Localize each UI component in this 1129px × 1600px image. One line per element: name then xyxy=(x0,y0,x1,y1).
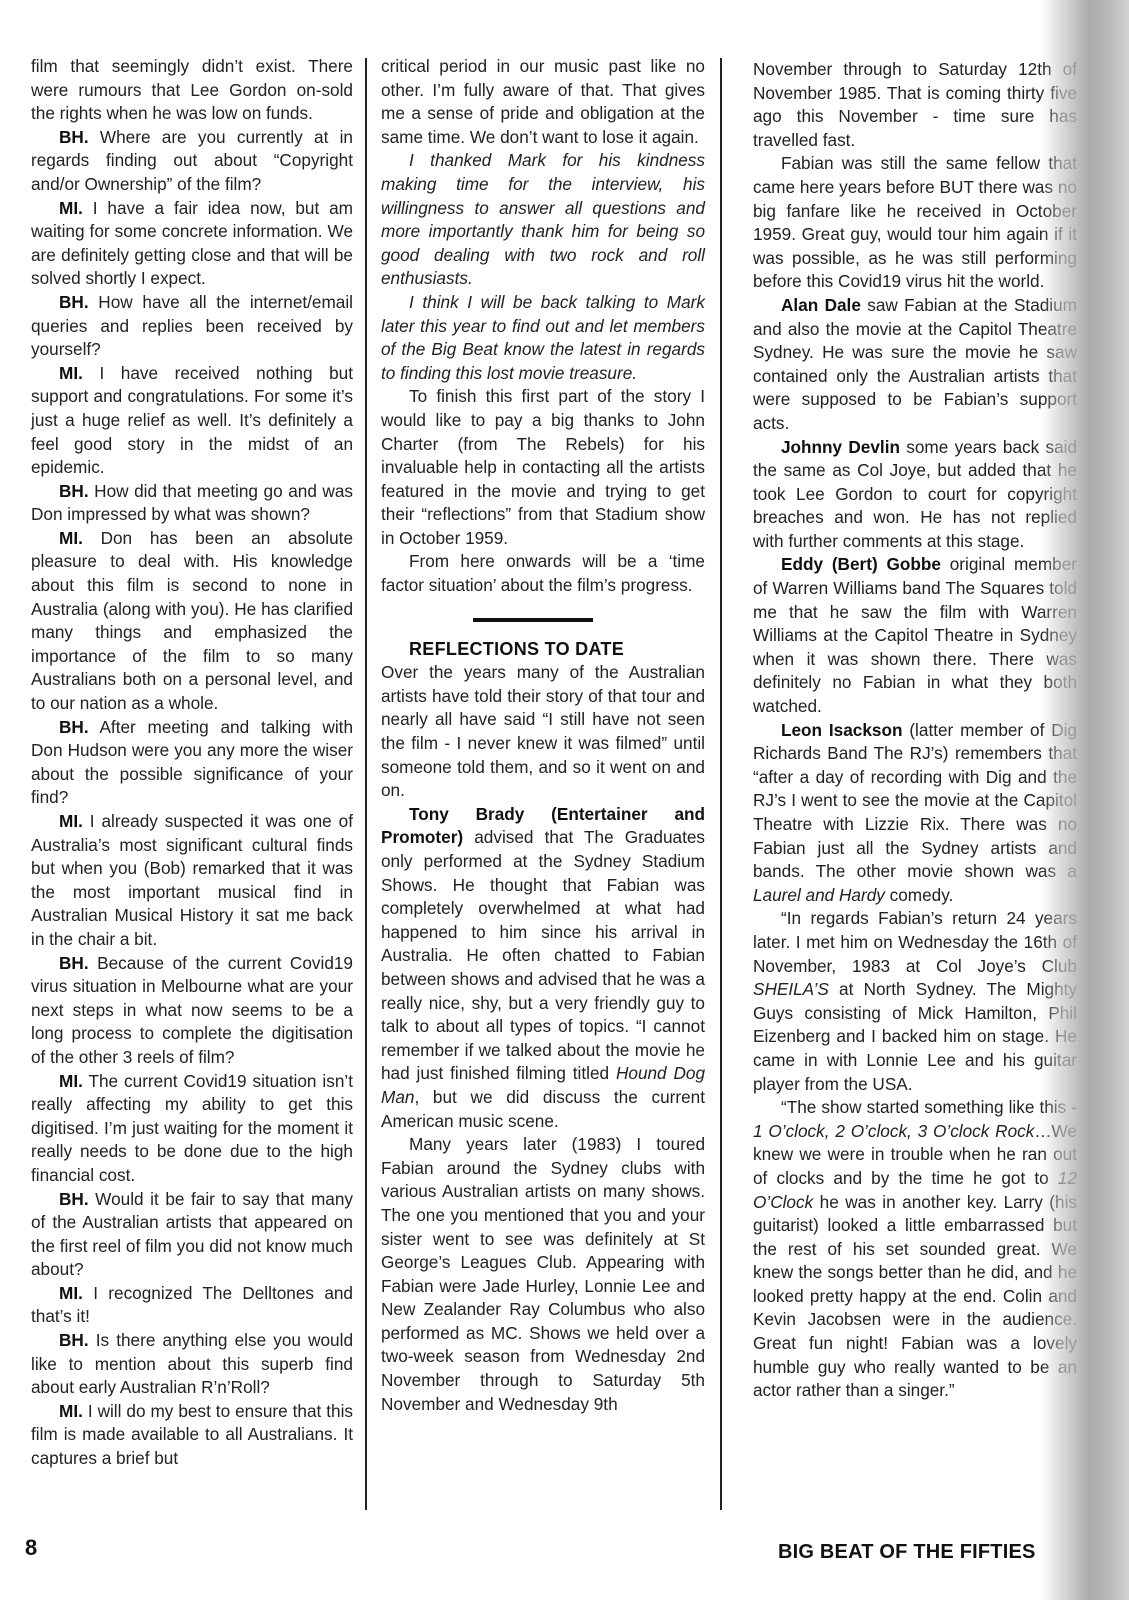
interview-question: BH. How did that meeting go and was Don … xyxy=(31,480,353,527)
paragraph: To finish this first part of the story I… xyxy=(381,385,705,550)
paragraph: Alan Dale saw Fabian at the Stadium and … xyxy=(753,294,1077,436)
speaker-label: BH. xyxy=(59,1330,89,1350)
movie-title: Laurel and Hardy xyxy=(753,885,885,905)
interview-question: BH. Would it be fair to say that many of… xyxy=(31,1188,353,1282)
paragraph: Eddy (Bert) Gobbe original member of War… xyxy=(753,553,1077,718)
paragraph: “In regards Fabian’s return 24 years lat… xyxy=(753,907,1077,1096)
speaker-label: MI. xyxy=(59,1283,83,1303)
paragraph: “The show started something like this - … xyxy=(753,1096,1077,1403)
italic-paragraph: I think I will be back talking to Mark l… xyxy=(381,291,705,385)
interview-answer: MI. The current Covid19 situation isn’t … xyxy=(31,1070,353,1188)
interview-answer: MI. I already suspected it was one of Au… xyxy=(31,810,353,952)
speaker-label: MI. xyxy=(59,363,83,383)
paragraph: Many years later (1983) I toured Fabian … xyxy=(381,1133,705,1416)
italic-paragraph: I thanked Mark for his kindness making t… xyxy=(381,149,705,291)
column-2: critical period in our music past like n… xyxy=(381,55,705,1416)
column-divider xyxy=(720,58,722,1510)
page-number: 8 xyxy=(25,1535,37,1561)
artist-name: Johnny Devlin xyxy=(781,437,900,457)
interview-question: BH. Is there anything else you would lik… xyxy=(31,1329,353,1400)
interview-answer: MI. I will do my best to ensure that thi… xyxy=(31,1400,353,1471)
song-title: 1 O’clock, 2 O’clock, 3 O’clock Rock xyxy=(753,1121,1034,1141)
paragraph: Leon Isackson (latter member of Dig Rich… xyxy=(753,719,1077,908)
speaker-label: MI. xyxy=(59,1401,83,1421)
artist-name: Eddy (Bert) Gobbe xyxy=(781,554,941,574)
speaker-label: MI. xyxy=(59,198,83,218)
speaker-label: MI. xyxy=(59,528,83,548)
speaker-label: BH. xyxy=(59,717,89,737)
speaker-label: BH. xyxy=(59,481,89,501)
column-3: November through to Saturday 12th of Nov… xyxy=(753,58,1077,1403)
speaker-label: BH. xyxy=(59,1189,89,1209)
section-heading: REFLECTIONS TO DATE xyxy=(381,638,705,662)
speaker-label: BH. xyxy=(59,292,89,312)
club-name: SHEILA’S xyxy=(753,979,829,999)
column-divider xyxy=(365,58,367,1510)
speaker-label: BH. xyxy=(59,953,89,973)
speaker-label: BH. xyxy=(59,127,89,147)
interview-answer: MI. I recognized The Delltones and that’… xyxy=(31,1282,353,1329)
paragraph: Johnny Devlin some years back said the s… xyxy=(753,436,1077,554)
artist-name: Alan Dale xyxy=(781,295,861,315)
interview-answer: MI. Don has been an absolute pleasure to… xyxy=(31,527,353,716)
paragraph: Over the years many of the Australian ar… xyxy=(381,661,705,803)
paragraph: critical period in our music past like n… xyxy=(381,55,705,149)
paragraph: film that seemingly didn’t exist. There … xyxy=(31,55,353,126)
paragraph: From here onwards will be a ‘time factor… xyxy=(381,550,705,597)
interview-question: BH. Where are you currently at in regard… xyxy=(31,126,353,197)
paragraph: Fabian was still the same fellow that ca… xyxy=(753,152,1077,294)
interview-question: BH. Because of the current Covid19 virus… xyxy=(31,952,353,1070)
speaker-label: MI. xyxy=(59,811,83,831)
interview-answer: MI. I have received nothing but support … xyxy=(31,362,353,480)
interview-answer: MI. I have a fair idea now, but am waiti… xyxy=(31,197,353,291)
interview-question: BH. How have all the internet/email quer… xyxy=(31,291,353,362)
footer-title: BIG BEAT OF THE FIFTIES xyxy=(778,1541,1036,1564)
speaker-label: MI. xyxy=(59,1071,83,1091)
magazine-page: film that seemingly didn’t exist. There … xyxy=(0,0,1129,1600)
section-rule xyxy=(473,618,593,622)
column-1: film that seemingly didn’t exist. There … xyxy=(31,55,353,1471)
paragraph: November through to Saturday 12th of Nov… xyxy=(753,58,1077,152)
interview-question: BH. After meeting and talking with Don H… xyxy=(31,716,353,810)
paragraph: Tony Brady (Entertainer and Promoter) ad… xyxy=(381,803,705,1133)
artist-name: Leon Isackson xyxy=(781,720,902,740)
